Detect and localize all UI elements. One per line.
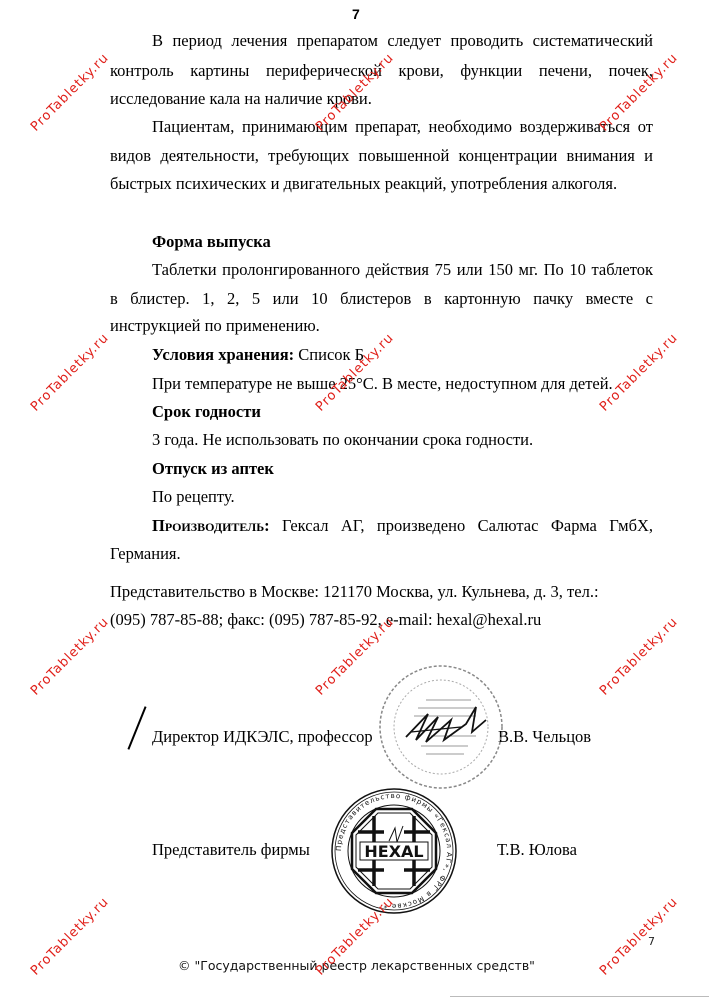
watermark: ProTabletky.ru <box>597 894 681 978</box>
svg-text:HEXAL: HEXAL <box>364 842 423 861</box>
watermark: ProTabletky.ru <box>597 330 681 414</box>
rep-office-line-2: (095) 787-85-88; факс: (095) 787-85-92, … <box>110 610 541 630</box>
storage-row: Условия хранения: Список Б <box>152 345 364 365</box>
storage-list: Список Б <box>294 345 364 364</box>
storage-heading: Условия хранения: <box>152 345 294 364</box>
manufacturer-heading: Производитель: <box>152 516 270 535</box>
watermark: ProTabletky.ru <box>28 330 112 414</box>
monitoring-line-2: контроль картины периферической крови, ф… <box>110 61 653 81</box>
page-number-top: 7 <box>352 6 360 22</box>
watermark: ProTabletky.ru <box>597 614 681 698</box>
dispensing-heading: Отпуск из аптек <box>152 459 274 479</box>
release-form-line-2: в блистер. 1, 2, 5 или 10 блистеров в ка… <box>110 289 653 309</box>
monitoring-line-3: исследование кала на наличие крови. <box>110 89 372 109</box>
dispensing-text: По рецепту. <box>152 487 235 507</box>
watermark: ProTabletky.ru <box>313 330 397 414</box>
manufacturer-line-2: Германия. <box>110 544 181 564</box>
caution-line-2: видов деятельности, требующих повышенной… <box>110 146 653 166</box>
signatory-2-title: Представитель фирмы <box>152 840 310 860</box>
shelf-life-heading: Срок годности <box>152 402 261 422</box>
release-form-line-3: инструкцией по применению. <box>110 316 320 336</box>
release-form-heading: Форма выпуска <box>152 232 271 252</box>
page-number-bottom: 7 <box>648 935 655 948</box>
signature-mark <box>127 706 146 749</box>
copyright-footer: © "Государственный реестр лекарственных … <box>178 958 535 973</box>
watermark: ProTabletky.ru <box>28 50 112 134</box>
watermark: ProTabletky.ru <box>28 614 112 698</box>
monitoring-line-1: В период лечения препаратом следует пров… <box>152 31 653 51</box>
watermark: ProTabletky.ru <box>28 894 112 978</box>
manufacturer-line-1: Гексал АГ, произведено Салютас Фарма Гмб… <box>282 516 653 535</box>
institute-stamp-icon <box>376 662 506 792</box>
caution-line-3: быстрых психических и двигательных реакц… <box>110 174 617 194</box>
signatory-1-name: В.В. Чельцов <box>498 727 591 747</box>
release-form-line-1: Таблетки пролонгированного действия 75 и… <box>152 260 653 280</box>
rep-office-line-1: Представительство в Москве: 121170 Москв… <box>110 582 599 602</box>
storage-text: При температуре не выше 25°C. В месте, н… <box>152 374 613 394</box>
scan-edge-line <box>450 996 709 997</box>
shelf-life-text: 3 года. Не использовать по окончании сро… <box>152 430 533 450</box>
manufacturer-row: Производитель: Гексал АГ, произведено Са… <box>152 516 653 536</box>
signatory-1-title: Директор ИДКЭЛС, профессор <box>152 727 373 747</box>
signatory-2-name: Т.В. Юлова <box>497 840 577 860</box>
hexal-stamp-icon: HEXAL Представительство фирмы «Гексал АГ… <box>329 786 459 916</box>
caution-line-1: Пациентам, принимающим препарат, необход… <box>152 117 653 137</box>
